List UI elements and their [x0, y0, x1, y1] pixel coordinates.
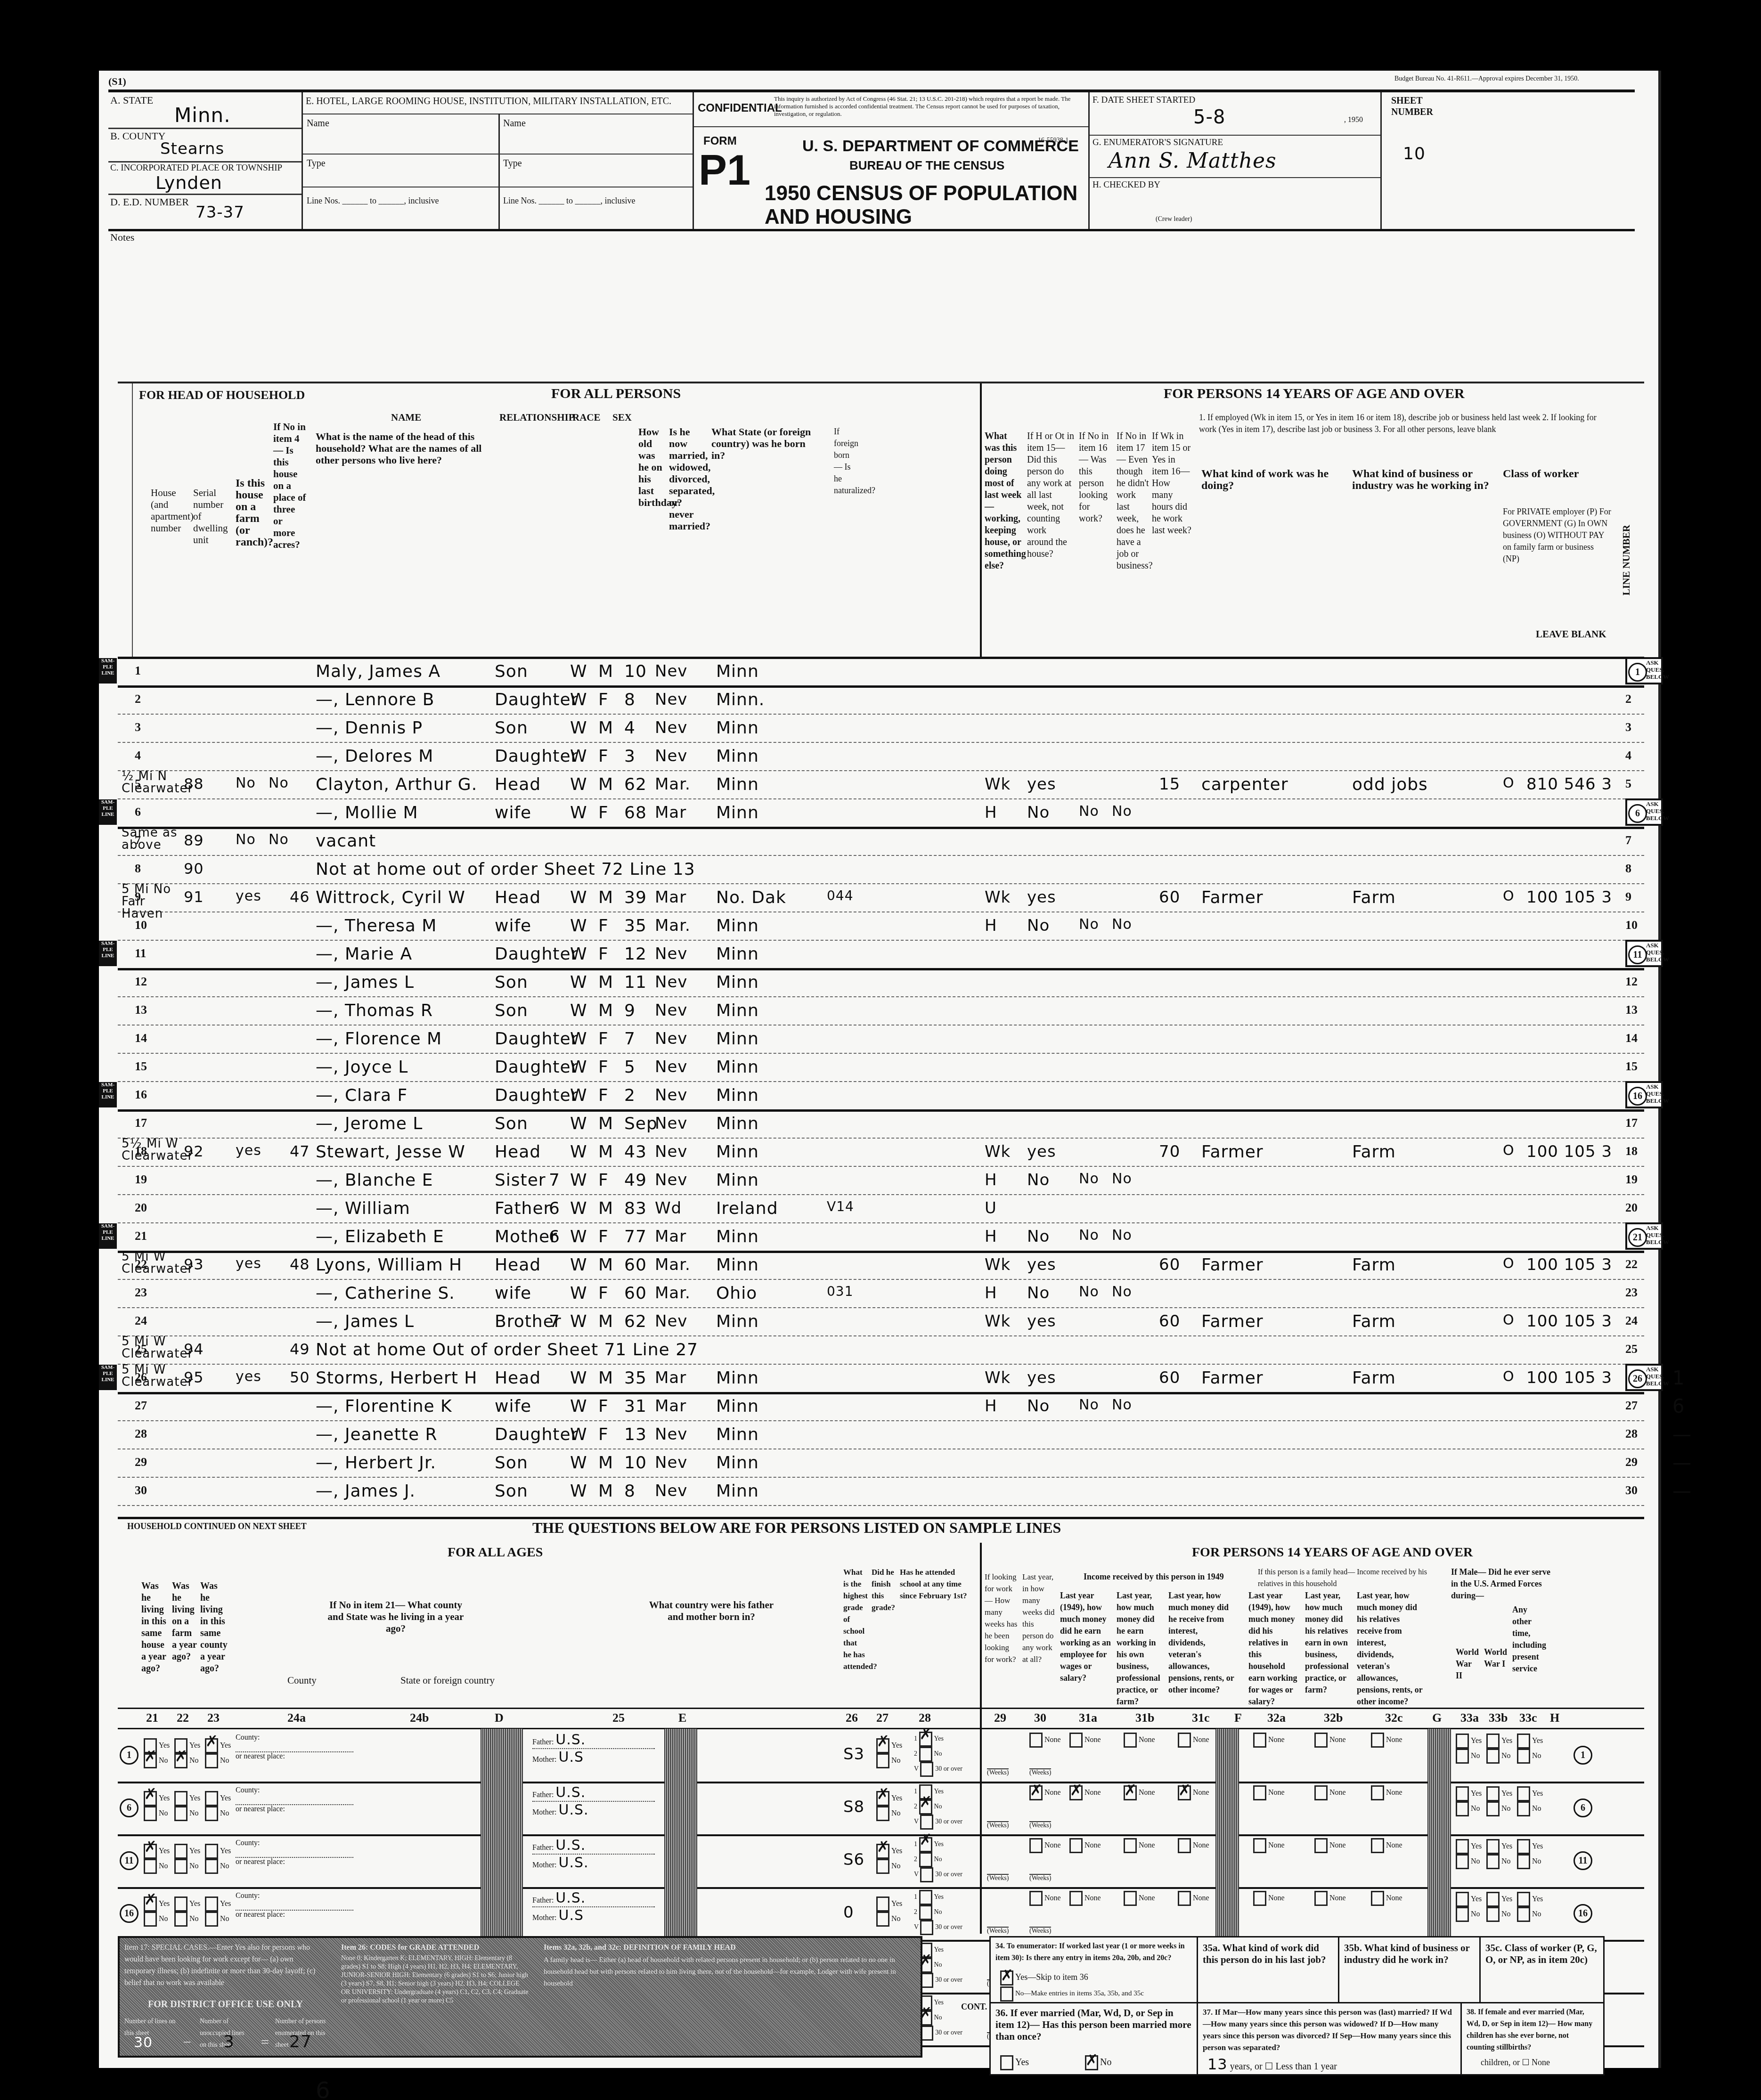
- marital-cell[interactable]: Mar.: [655, 1255, 691, 1274]
- q33c-yes-checkbox[interactable]: [1517, 1786, 1530, 1801]
- q27-yes-checkbox[interactable]: [876, 1844, 889, 1859]
- race-cell[interactable]: W: [570, 1142, 587, 1162]
- sex-cell[interactable]: F: [598, 1227, 609, 1246]
- sex-cell[interactable]: F: [598, 1029, 609, 1049]
- agri-number-cell[interactable]: 50: [290, 1368, 310, 1386]
- street-cell[interactable]: 5 Mi W Clearwater: [122, 1251, 183, 1275]
- name-cell[interactable]: —, Jeanette R: [316, 1425, 438, 1444]
- marital-cell[interactable]: Nev: [655, 1453, 687, 1472]
- q32b-none-checkbox[interactable]: [1314, 1785, 1328, 1800]
- farm-cell[interactable]: yes: [236, 1255, 261, 1272]
- street-cell[interactable]: 5 Mi W Clearwater: [122, 1364, 183, 1388]
- class-of-worker-cell[interactable]: O: [1503, 1312, 1515, 1328]
- q32a-none-checkbox[interactable]: [1253, 1733, 1266, 1748]
- q33c-yes-checkbox[interactable]: [1517, 1734, 1530, 1749]
- marital-cell[interactable]: Nev: [655, 1086, 687, 1105]
- agri-number-cell[interactable]: 46: [290, 888, 310, 906]
- q33a-no-checkbox[interactable]: [1456, 1749, 1469, 1764]
- relationship-cell[interactable]: Daughter: [495, 944, 578, 964]
- age-cell[interactable]: 4: [624, 718, 636, 738]
- relationship-cell[interactable]: Daughter: [495, 1029, 578, 1049]
- marital-cell[interactable]: Nev: [655, 1171, 687, 1189]
- race-cell[interactable]: W: [570, 1114, 587, 1133]
- class-of-worker-cell[interactable]: O: [1503, 1255, 1515, 1272]
- q28-no-checkbox[interactable]: [919, 1747, 932, 1762]
- age-cell[interactable]: 83: [624, 1199, 647, 1218]
- q33a-no-checkbox[interactable]: [1456, 1801, 1469, 1816]
- q33a-no-checkbox[interactable]: [1456, 1854, 1469, 1869]
- sex-cell[interactable]: M: [598, 888, 613, 907]
- class-of-worker-cell[interactable]: O: [1503, 775, 1515, 791]
- q33a-yes-checkbox[interactable]: [1456, 1786, 1469, 1801]
- age-cell[interactable]: 5: [624, 1058, 636, 1077]
- birthplace-cell[interactable]: Minn: [716, 1029, 759, 1049]
- birthplace-cell[interactable]: Minn: [716, 1255, 759, 1275]
- leave-blank-a-cell[interactable]: 6: [549, 1227, 560, 1246]
- q23-yes-checkbox[interactable]: [205, 1844, 218, 1859]
- leave-blank-a-cell[interactable]: 6: [549, 1199, 560, 1218]
- birthplace-cell[interactable]: Minn: [716, 1001, 759, 1020]
- house-number-cell[interactable]: 90: [184, 860, 204, 878]
- age-cell[interactable]: Sep: [624, 1114, 658, 1133]
- race-cell[interactable]: W: [570, 888, 587, 907]
- name-cell[interactable]: —, Joyce L: [316, 1058, 408, 1077]
- q32b-none-checkbox[interactable]: [1314, 1733, 1328, 1748]
- age-cell[interactable]: 31: [624, 1397, 647, 1416]
- name-cell[interactable]: Maly, James A: [316, 662, 440, 681]
- highest-grade-value[interactable]: S8: [843, 1798, 864, 1816]
- name-cell[interactable]: Not at home Out of order Sheet 71 Line 2…: [316, 1340, 698, 1359]
- agri-number-cell[interactable]: 47: [290, 1142, 310, 1160]
- q28-over30-checkbox[interactable]: [920, 1867, 933, 1882]
- birthplace-cell[interactable]: Minn: [716, 1368, 759, 1388]
- birthplace-cell[interactable]: Minn: [716, 1171, 759, 1190]
- mother-birthplace[interactable]: U.S: [559, 1749, 584, 1766]
- sex-cell[interactable]: M: [598, 1199, 613, 1218]
- sex-cell[interactable]: F: [598, 747, 609, 766]
- mother-birthplace[interactable]: U.S.: [559, 1802, 589, 1818]
- birthplace-cell[interactable]: Ohio: [716, 1284, 757, 1303]
- age-cell[interactable]: 43: [624, 1142, 647, 1162]
- birthplace-cell[interactable]: Minn: [716, 747, 759, 766]
- q33b-no-checkbox[interactable]: [1486, 1749, 1500, 1764]
- sex-cell[interactable]: F: [598, 1058, 609, 1077]
- street-cell[interactable]: 5 Mi W Clearwater: [122, 1335, 183, 1360]
- race-cell[interactable]: W: [570, 1453, 587, 1473]
- q28-yes-checkbox[interactable]: [919, 1837, 932, 1852]
- birthplace-cell[interactable]: Minn: [716, 1312, 759, 1331]
- q33a-yes-checkbox[interactable]: [1456, 1892, 1469, 1907]
- q33b-yes-checkbox[interactable]: [1486, 1892, 1500, 1907]
- sex-cell[interactable]: M: [598, 718, 613, 738]
- sex-cell[interactable]: M: [598, 1001, 613, 1020]
- name-cell[interactable]: Wittrock, Cyril W: [316, 888, 465, 907]
- q22-yes-checkbox[interactable]: [174, 1844, 188, 1859]
- leave-blank-codes-cell[interactable]: 100 105 3: [1526, 1255, 1612, 1274]
- relationship-cell[interactable]: Head: [495, 1255, 541, 1275]
- q17-looking-cell[interactable]: No: [1079, 1284, 1099, 1300]
- q31b-none-checkbox[interactable]: [1124, 1785, 1137, 1800]
- leave-blank-a-cell[interactable]: 7: [549, 1171, 560, 1190]
- birthplace-cell[interactable]: Minn: [716, 1397, 759, 1416]
- q33a-yes-checkbox[interactable]: [1456, 1734, 1469, 1749]
- q23-yes-checkbox[interactable]: [205, 1897, 218, 1912]
- name-cell[interactable]: —, Florentine K: [316, 1397, 452, 1416]
- race-cell[interactable]: W: [570, 1255, 587, 1275]
- sex-cell[interactable]: M: [598, 1255, 613, 1275]
- relationship-cell[interactable]: Daughter: [495, 690, 578, 709]
- q34-no-checkbox[interactable]: [1000, 1986, 1013, 2002]
- marital-cell[interactable]: Nev: [655, 747, 687, 765]
- leave-blank-codes-cell[interactable]: 100 105 3: [1526, 888, 1612, 907]
- q31c-none-checkbox[interactable]: [1178, 1838, 1191, 1853]
- q31b-none-checkbox[interactable]: [1124, 1838, 1137, 1853]
- q32c-none-checkbox[interactable]: [1371, 1785, 1384, 1800]
- father-birthplace[interactable]: U.S.: [555, 1890, 586, 1906]
- marital-cell[interactable]: Nev: [655, 690, 687, 709]
- age-cell[interactable]: 10: [624, 1453, 647, 1473]
- marital-cell[interactable]: Nev: [655, 1114, 687, 1133]
- q33b-no-checkbox[interactable]: [1486, 1801, 1500, 1816]
- date-started-value[interactable]: 5-8: [1193, 106, 1225, 128]
- farm-cell[interactable]: yes: [236, 1142, 261, 1159]
- marital-cell[interactable]: Wd: [655, 1199, 682, 1218]
- occupation-cell[interactable]: carpenter: [1201, 775, 1288, 794]
- q17-looking-cell[interactable]: No: [1079, 803, 1099, 820]
- name-cell[interactable]: —, Theresa M: [316, 916, 437, 936]
- q18-job-cell[interactable]: No: [1112, 803, 1132, 820]
- race-cell[interactable]: W: [570, 690, 587, 709]
- class-of-worker-cell[interactable]: O: [1503, 1368, 1515, 1385]
- unoccupied-lines-value[interactable]: 3: [223, 2032, 235, 2051]
- q17-looking-cell[interactable]: No: [1079, 1397, 1099, 1413]
- q33c-no-checkbox[interactable]: [1517, 1749, 1530, 1764]
- sex-cell[interactable]: M: [598, 775, 613, 794]
- age-cell[interactable]: 7: [624, 1029, 636, 1049]
- q33c-no-checkbox[interactable]: [1517, 1801, 1530, 1816]
- q30-none-checkbox[interactable]: [1029, 1838, 1043, 1853]
- highest-grade-value[interactable]: S6: [843, 1850, 864, 1869]
- age-cell[interactable]: 2: [624, 1086, 636, 1105]
- sex-cell[interactable]: F: [598, 803, 609, 822]
- birthplace-cell[interactable]: Minn: [716, 1453, 759, 1473]
- q16-work-cell[interactable]: No: [1027, 803, 1050, 822]
- q17-looking-cell[interactable]: No: [1079, 916, 1099, 933]
- sex-cell[interactable]: F: [598, 916, 609, 936]
- father-birthplace[interactable]: U.S.: [555, 1837, 586, 1854]
- leave-blank-codes-cell[interactable]: 810 546 3: [1526, 775, 1612, 794]
- q22-no-checkbox[interactable]: [174, 1806, 188, 1821]
- q27-no-checkbox[interactable]: [876, 1912, 889, 1927]
- race-cell[interactable]: W: [570, 1312, 587, 1331]
- marital-cell[interactable]: Mar: [655, 1397, 686, 1416]
- age-cell[interactable]: 9: [624, 1001, 636, 1020]
- q19-hours-cell[interactable]: 15: [1159, 775, 1180, 794]
- race-cell[interactable]: W: [570, 775, 587, 794]
- q36-no-checkbox[interactable]: [1085, 2055, 1098, 2070]
- marital-cell[interactable]: Nev: [655, 718, 687, 737]
- industry-cell[interactable]: Farm: [1352, 1368, 1396, 1388]
- naturalization-cell[interactable]: 044: [827, 888, 853, 903]
- name-cell[interactable]: Lyons, William H: [316, 1255, 462, 1275]
- age-cell[interactable]: 62: [624, 775, 647, 794]
- name-cell[interactable]: —, William: [316, 1199, 410, 1218]
- relationship-cell[interactable]: Son: [495, 973, 528, 992]
- race-cell[interactable]: W: [570, 916, 587, 936]
- sex-cell[interactable]: M: [598, 973, 613, 992]
- state-value[interactable]: Minn.: [174, 104, 231, 127]
- enumerator-signature[interactable]: Ann S. Matthes: [1109, 149, 1277, 173]
- q28-no-checkbox[interactable]: [919, 1905, 932, 1920]
- marital-cell[interactable]: Nev: [655, 1001, 687, 1020]
- q27-no-checkbox[interactable]: [876, 1859, 889, 1874]
- birthplace-cell[interactable]: Minn: [716, 1114, 759, 1133]
- q31c-none-checkbox[interactable]: [1178, 1785, 1191, 1800]
- name-cell[interactable]: —, Herbert Jr.: [316, 1453, 436, 1473]
- age-cell[interactable]: 68: [624, 803, 647, 822]
- name-cell[interactable]: —, Blanche E: [316, 1171, 433, 1190]
- father-birthplace[interactable]: U.S.: [555, 1784, 586, 1801]
- age-cell[interactable]: 13: [624, 1425, 647, 1444]
- q34-yes-checkbox[interactable]: [1000, 1970, 1013, 1986]
- sex-cell[interactable]: F: [598, 1171, 609, 1190]
- industry-cell[interactable]: odd jobs: [1352, 775, 1428, 794]
- house-number-cell[interactable]: 94: [184, 1340, 204, 1358]
- q28-over30-checkbox[interactable]: [920, 1920, 933, 1935]
- q18-job-cell[interactable]: No: [1112, 1227, 1132, 1244]
- farm-cell[interactable]: No: [236, 775, 256, 791]
- relationship-cell[interactable]: Head: [495, 888, 541, 907]
- name-cell[interactable]: Stewart, Jesse W: [316, 1142, 465, 1162]
- relationship-cell[interactable]: Head: [495, 1368, 541, 1388]
- relationship-cell[interactable]: Sister: [495, 1171, 546, 1190]
- relationship-cell[interactable]: Son: [495, 1114, 528, 1133]
- q33c-yes-checkbox[interactable]: [1517, 1892, 1530, 1907]
- q21-no-checkbox[interactable]: [144, 1753, 157, 1768]
- marital-cell[interactable]: Nev: [655, 1029, 687, 1048]
- q22-yes-checkbox[interactable]: [174, 1897, 188, 1912]
- race-cell[interactable]: W: [570, 1029, 587, 1049]
- name-cell[interactable]: —, Elizabeth E: [316, 1227, 444, 1246]
- place-value[interactable]: Lynden: [155, 172, 222, 193]
- agri-number-cell[interactable]: 49: [290, 1340, 310, 1358]
- age-cell[interactable]: 35: [624, 1368, 647, 1388]
- marital-cell[interactable]: Nev: [655, 1425, 687, 1444]
- q28-over30-checkbox[interactable]: [920, 1815, 933, 1830]
- industry-cell[interactable]: Farm: [1352, 888, 1396, 907]
- relationship-cell[interactable]: Son: [495, 1001, 528, 1020]
- q18-job-cell[interactable]: No: [1112, 1397, 1132, 1413]
- naturalization-cell[interactable]: V14: [827, 1199, 854, 1214]
- leave-blank-codes-cell[interactable]: 100 105 3: [1526, 1142, 1612, 1161]
- marital-cell[interactable]: Mar.: [655, 775, 691, 794]
- age-cell[interactable]: 10: [624, 662, 647, 681]
- q31a-none-checkbox[interactable]: [1069, 1785, 1083, 1800]
- race-cell[interactable]: W: [570, 1368, 587, 1388]
- relationship-cell[interactable]: Mother: [495, 1227, 557, 1246]
- race-cell[interactable]: W: [570, 1086, 587, 1105]
- race-cell[interactable]: W: [570, 973, 587, 992]
- acres-cell[interactable]: No: [269, 775, 289, 791]
- q17-looking-cell[interactable]: No: [1079, 1227, 1099, 1244]
- q33b-yes-checkbox[interactable]: [1486, 1786, 1500, 1801]
- q31c-none-checkbox[interactable]: [1178, 1891, 1191, 1906]
- birthplace-cell[interactable]: Minn: [716, 803, 759, 822]
- birthplace-cell[interactable]: Minn: [716, 1086, 759, 1105]
- occupation-cell[interactable]: Farmer: [1201, 888, 1264, 907]
- q22-no-checkbox[interactable]: [174, 1859, 188, 1874]
- acres-cell[interactable]: No: [269, 831, 289, 848]
- q28-no-checkbox[interactable]: [919, 1852, 932, 1867]
- race-cell[interactable]: W: [570, 662, 587, 681]
- industry-cell[interactable]: Farm: [1352, 1255, 1396, 1275]
- age-cell[interactable]: 49: [624, 1171, 647, 1190]
- sex-cell[interactable]: M: [598, 662, 613, 681]
- age-cell[interactable]: 62: [624, 1312, 647, 1331]
- name-cell[interactable]: —, Jerome L: [316, 1114, 423, 1133]
- relationship-cell[interactable]: Son: [495, 662, 528, 681]
- q33c-no-checkbox[interactable]: [1517, 1907, 1530, 1922]
- industry-cell[interactable]: Farm: [1352, 1312, 1396, 1331]
- name-cell[interactable]: —, Marie A: [316, 944, 412, 964]
- q31b-none-checkbox[interactable]: [1124, 1733, 1137, 1748]
- race-cell[interactable]: W: [570, 1425, 587, 1444]
- relationship-cell[interactable]: wife: [495, 1284, 531, 1303]
- highest-grade-value[interactable]: 0: [843, 1903, 854, 1922]
- q16-work-cell[interactable]: yes: [1027, 1368, 1056, 1387]
- mother-birthplace[interactable]: U.S.: [559, 1855, 589, 1871]
- race-cell[interactable]: W: [570, 1397, 587, 1416]
- marital-cell[interactable]: Nev: [655, 662, 687, 681]
- q21-yes-checkbox[interactable]: [144, 1791, 157, 1806]
- q27-yes-checkbox[interactable]: [876, 1738, 889, 1753]
- lines-on-sheet-value[interactable]: 30: [134, 2035, 153, 2051]
- age-cell[interactable]: 77: [624, 1227, 647, 1246]
- q31a-none-checkbox[interactable]: [1069, 1733, 1083, 1748]
- relationship-cell[interactable]: Father: [495, 1199, 551, 1218]
- birthplace-cell[interactable]: Minn: [716, 775, 759, 794]
- race-cell[interactable]: W: [570, 1058, 587, 1077]
- name-cell[interactable]: —, Dennis P: [316, 718, 423, 738]
- name-cell[interactable]: —, James L: [316, 973, 414, 992]
- house-number-cell[interactable]: 93: [184, 1255, 204, 1273]
- sex-cell[interactable]: M: [598, 1114, 613, 1133]
- q28-over30-checkbox[interactable]: [920, 1762, 933, 1777]
- birthplace-cell[interactable]: Minn: [716, 662, 759, 681]
- q32c-none-checkbox[interactable]: [1371, 1733, 1384, 1748]
- q23-yes-checkbox[interactable]: [205, 1791, 218, 1806]
- q33a-no-checkbox[interactable]: [1456, 1907, 1469, 1922]
- street-cell[interactable]: ½ Mi N Clearwater: [122, 770, 183, 795]
- marital-cell[interactable]: Mar: [655, 1368, 686, 1387]
- sex-cell[interactable]: F: [598, 1284, 609, 1303]
- birthplace-cell[interactable]: Minn: [716, 1227, 759, 1246]
- marital-cell[interactable]: Mar: [655, 1227, 686, 1246]
- q33b-no-checkbox[interactable]: [1486, 1907, 1500, 1922]
- marital-cell[interactable]: Nev: [655, 1312, 687, 1331]
- highest-grade-value[interactable]: S3: [843, 1745, 864, 1764]
- street-cell[interactable]: 5½ Mi W Clearwater: [122, 1138, 183, 1162]
- age-cell[interactable]: 60: [624, 1255, 647, 1275]
- marital-cell[interactable]: Nev: [655, 1058, 687, 1076]
- sex-cell[interactable]: F: [598, 1425, 609, 1444]
- q18-job-cell[interactable]: No: [1112, 916, 1132, 933]
- q31c-none-checkbox[interactable]: [1178, 1733, 1191, 1748]
- sex-cell[interactable]: M: [598, 1368, 613, 1388]
- house-number-cell[interactable]: 89: [184, 831, 204, 849]
- q28-no-checkbox[interactable]: [919, 1799, 932, 1815]
- birthplace-cell[interactable]: Minn: [716, 1481, 759, 1501]
- sex-cell[interactable]: M: [598, 1453, 613, 1473]
- age-cell[interactable]: 12: [624, 944, 647, 964]
- mother-birthplace[interactable]: U.S: [559, 1907, 584, 1924]
- q16-work-cell[interactable]: No: [1027, 916, 1050, 935]
- street-cell[interactable]: Same as above: [122, 827, 183, 851]
- race-cell[interactable]: W: [570, 718, 587, 738]
- q15-activity-cell[interactable]: H: [985, 916, 997, 935]
- birthplace-cell[interactable]: Minn.: [716, 690, 765, 709]
- birthplace-cell[interactable]: Ireland: [716, 1199, 778, 1218]
- farm-cell[interactable]: No: [236, 831, 256, 848]
- house-number-cell[interactable]: 88: [184, 775, 204, 793]
- q27-yes-checkbox[interactable]: [876, 1791, 889, 1806]
- name-cell[interactable]: Clayton, Arthur G.: [316, 775, 477, 794]
- leave-blank-codes-cell[interactable]: 100 105 3: [1526, 1312, 1612, 1331]
- race-cell[interactable]: W: [570, 803, 587, 822]
- relationship-cell[interactable]: Son: [495, 1481, 528, 1501]
- q31a-none-checkbox[interactable]: [1069, 1838, 1083, 1853]
- occupation-cell[interactable]: Farmer: [1201, 1368, 1264, 1388]
- q15-activity-cell[interactable]: Wk: [985, 1142, 1011, 1161]
- q15-activity-cell[interactable]: Wk: [985, 1368, 1011, 1387]
- q37-years-value[interactable]: 13: [1207, 2055, 1228, 2073]
- marital-cell[interactable]: Nev: [655, 1142, 687, 1161]
- q32b-none-checkbox[interactable]: [1314, 1891, 1328, 1906]
- q28-yes-checkbox[interactable]: [919, 1732, 932, 1747]
- q36-yes-checkbox[interactable]: [1000, 2055, 1013, 2070]
- q27-no-checkbox[interactable]: [876, 1753, 889, 1768]
- leave-blank-a-cell[interactable]: 7: [549, 1312, 560, 1331]
- name-cell[interactable]: —, Delores M: [316, 747, 433, 766]
- class-of-worker-cell[interactable]: O: [1503, 1142, 1515, 1159]
- name-cell[interactable]: Storms, Herbert H: [316, 1368, 477, 1388]
- q30-none-checkbox[interactable]: [1029, 1891, 1043, 1906]
- birthplace-cell[interactable]: Minn: [716, 1058, 759, 1077]
- q33b-yes-checkbox[interactable]: [1486, 1839, 1500, 1854]
- relationship-cell[interactable]: wife: [495, 803, 531, 822]
- agri-number-cell[interactable]: 48: [290, 1255, 310, 1273]
- name-cell[interactable]: —, James L: [316, 1312, 414, 1331]
- age-cell[interactable]: 3: [624, 747, 636, 766]
- q32a-none-checkbox[interactable]: [1253, 1785, 1266, 1800]
- name-cell[interactable]: —, Lennore B: [316, 690, 434, 709]
- birthplace-cell[interactable]: Minn: [716, 1142, 759, 1162]
- q27-no-checkbox[interactable]: [876, 1806, 889, 1821]
- q15-activity-cell[interactable]: Wk: [985, 1312, 1011, 1331]
- q33c-yes-checkbox[interactable]: [1517, 1839, 1530, 1854]
- sex-cell[interactable]: M: [598, 1312, 613, 1331]
- relationship-cell[interactable]: Head: [495, 775, 541, 794]
- father-birthplace[interactable]: U.S.: [555, 1732, 586, 1748]
- q33b-yes-checkbox[interactable]: [1486, 1734, 1500, 1749]
- persons-enumerated-value[interactable]: 27: [289, 2032, 312, 2051]
- q15-activity-cell[interactable]: H: [985, 1284, 997, 1302]
- q31a-none-checkbox[interactable]: [1069, 1891, 1083, 1906]
- q19-hours-cell[interactable]: 60: [1159, 1255, 1180, 1274]
- q15-activity-cell[interactable]: Wk: [985, 775, 1011, 794]
- q18-job-cell[interactable]: No: [1112, 1284, 1132, 1300]
- q17-looking-cell[interactable]: No: [1079, 1171, 1099, 1187]
